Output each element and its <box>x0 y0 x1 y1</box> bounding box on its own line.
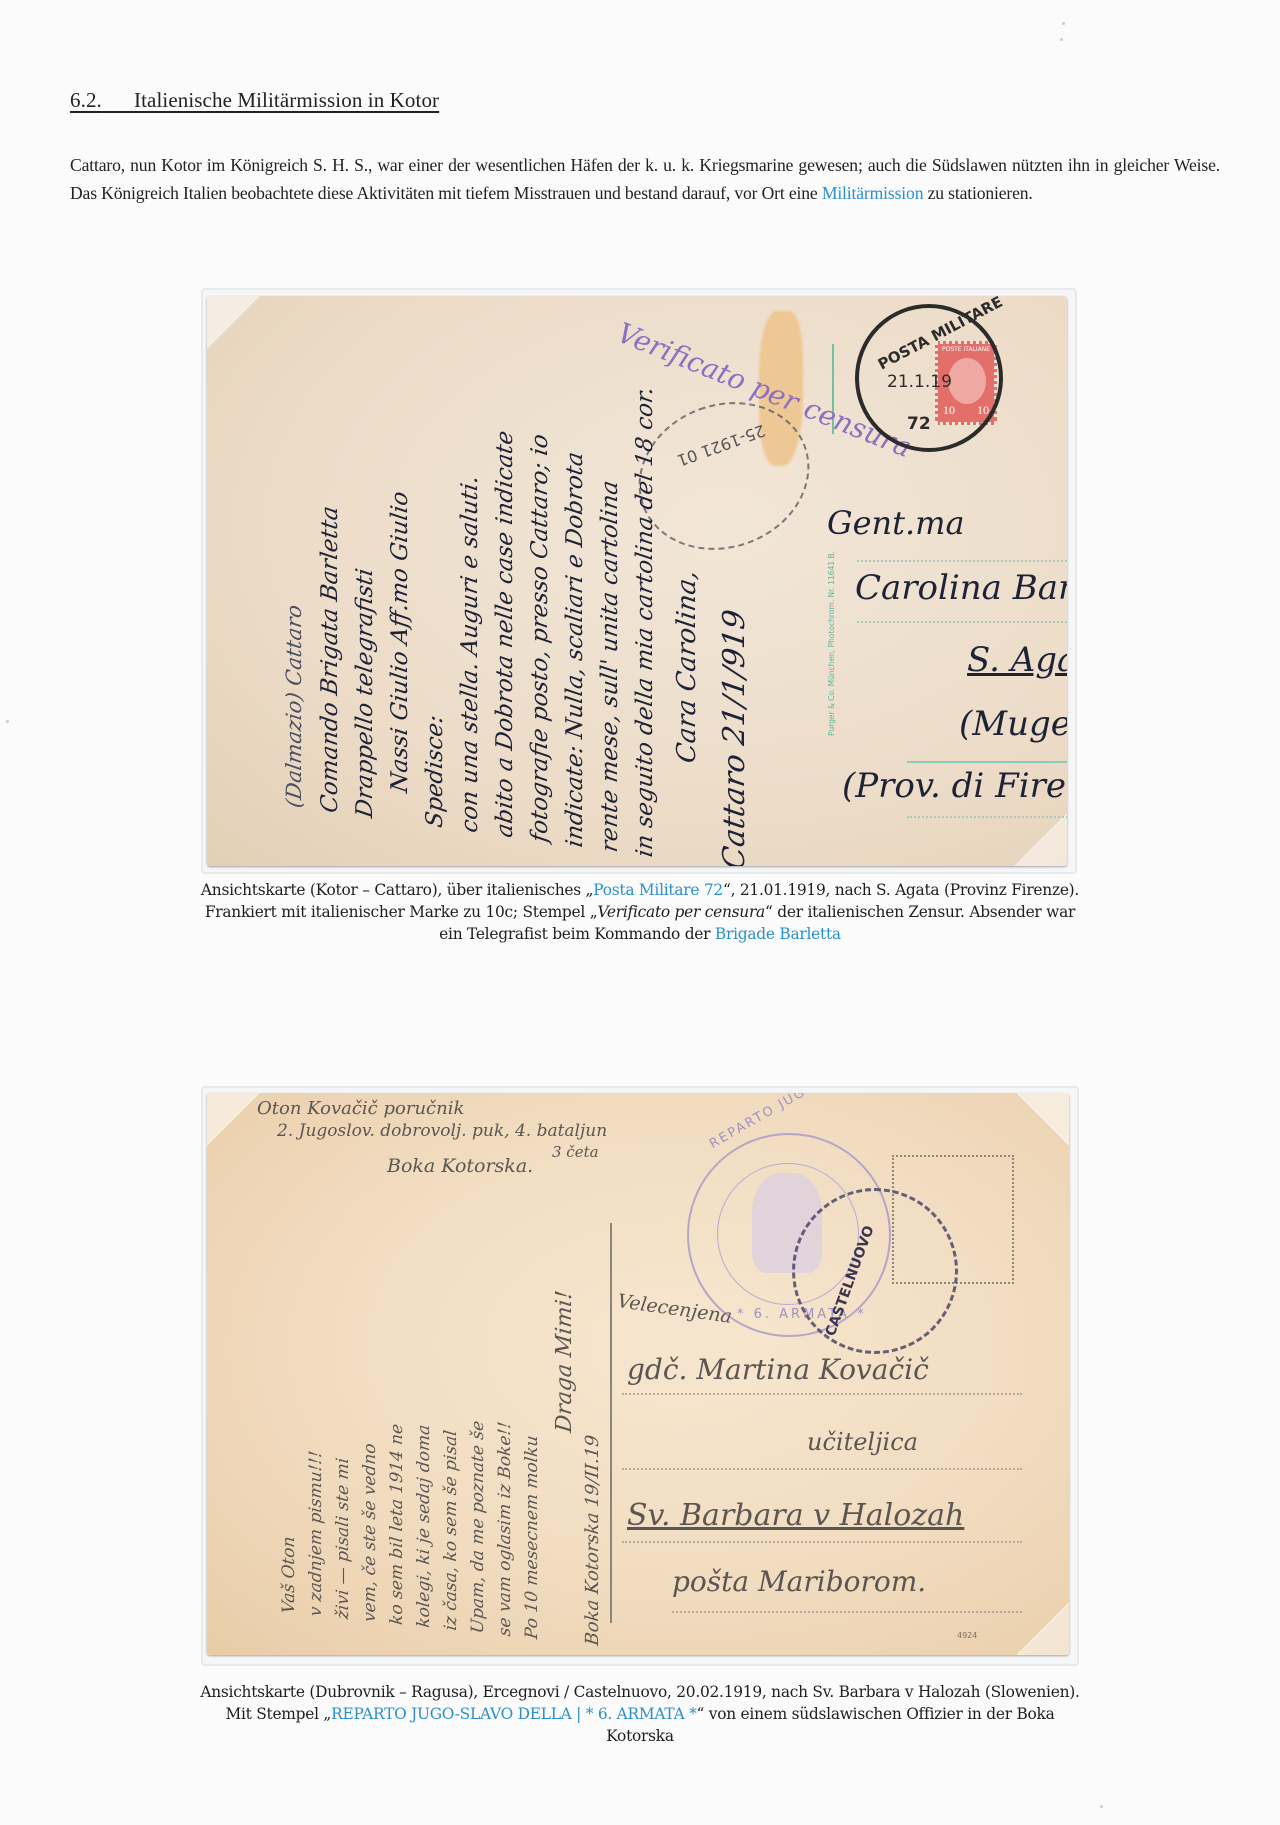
message-line: Boka Kotorska 19/II.19 <box>582 1434 603 1647</box>
message-line: Vaš Oton <box>279 1535 299 1614</box>
photo-corner <box>1015 814 1067 866</box>
message-line: Draga Mimi! <box>552 1289 577 1433</box>
message-line: ko sem bil leta 1914 ne <box>387 1423 407 1626</box>
address-line-3: učiteljica <box>807 1428 918 1456</box>
address-line <box>857 560 1067 562</box>
caption-postcard-2: Ansichtskarte (Dubrovnik – Ragusa), Erce… <box>200 1682 1080 1747</box>
castelnuovo-postmark <box>792 1188 958 1354</box>
message-line: se vam oglasim iz Boke!! <box>495 1421 515 1637</box>
message-line: in seguito della mia cartolina del 18 co… <box>632 385 658 858</box>
message-line: indicate: Nulla, scaliari e Dobrota <box>562 450 588 849</box>
address-line <box>622 1468 1022 1470</box>
sender-line: 3 četa <box>552 1143 599 1161</box>
address-line <box>907 816 1067 818</box>
handwritten-message: Boka Kotorska 19/II.19 Draga Mimi! Po 10… <box>237 1178 617 1655</box>
message-line: Nassi Giulio Aff.mo Giulio <box>387 490 413 794</box>
address-line <box>672 1611 1022 1613</box>
address-line-2: Carolina Bartolomi <box>855 568 1067 608</box>
postcard-kotor: Purger & Co. München, Photochrom. Nr. 11… <box>207 296 1067 866</box>
intro-text-end: zu stationieren. <box>923 183 1032 203</box>
message-line: Drappello telegrafisti <box>352 567 378 820</box>
message-line: fotografie posto, presso Cattaro; io <box>527 432 553 844</box>
photo-corner <box>207 1093 259 1145</box>
link-posta-militare-72[interactable]: Posta Militare 72 <box>593 881 723 899</box>
intro-paragraph: Cattaro, nun Kotor im Königreich S. H. S… <box>70 152 1220 207</box>
address-line-5: pošta Mariborom. <box>672 1565 926 1598</box>
link-militaermission[interactable]: Militärmission <box>822 183 924 203</box>
address-line <box>622 1541 1022 1543</box>
printer-imprint: Purger & Co. München, Photochrom. Nr. 11… <box>827 551 836 736</box>
address-line-4: Sv. Barbara v Halozah <box>627 1498 964 1533</box>
sender-line: 2. Jugoslov. dobrovolj. puk, 4. bataljun <box>277 1121 607 1141</box>
section-number: 6.2. <box>70 88 102 112</box>
message-line: Spedisce: <box>422 713 448 829</box>
message-line: abito a Dobrota nelle case indicate <box>492 429 518 839</box>
sender-line: Boka Kotorska. <box>387 1155 533 1177</box>
address-line-3: S. Agata <box>967 640 1067 680</box>
address-line <box>622 1393 1022 1395</box>
message-line: živi — pisali ste mi <box>333 1457 353 1620</box>
postmark-office: 72 <box>907 414 931 434</box>
message-line: con una stella. Auguri e saluti. <box>457 474 483 834</box>
card-number: 4924 <box>957 1631 977 1640</box>
intro-text: Cattaro, nun Kotor im Königreich S. H. S… <box>70 155 1220 203</box>
address-line-1: Gent.ma <box>827 504 965 542</box>
address-line-5: (Prov. di Firenze) <box>842 766 1067 806</box>
postmark-date: 21.1.19 <box>887 372 952 392</box>
message-line: rente mese, sull' unita cartolina <box>597 479 623 854</box>
photo-corner <box>1017 1603 1069 1655</box>
message-line: kolegi, ki je sedaj doma <box>414 1424 434 1629</box>
message-line: Cattaro 21/1/919 <box>717 608 752 866</box>
scan-dust <box>1100 1805 1103 1808</box>
handwritten-message: Cattaro 21/1/919 Cara Carolina, in segui… <box>247 311 767 866</box>
section-title: Italienische Militärmission in Kotor <box>134 88 439 112</box>
photo-corner <box>1017 1093 1069 1145</box>
address-line-2: gdč. Martina Kovačič <box>627 1353 929 1386</box>
link-brigade-barletta[interactable]: Brigade Barletta <box>715 925 841 943</box>
message-line: Upam, da me poznate še <box>468 1420 488 1635</box>
message-line: (Dalmazio) Cattaro <box>282 603 306 809</box>
heading-gap <box>102 88 134 112</box>
message-line: vem, če ste še vedno <box>360 1442 380 1623</box>
sender-line: Oton Kovačič poručnik <box>257 1098 464 1119</box>
address-line-4: (Mugello) <box>959 704 1067 744</box>
message-line: Comando Brigata Barletta <box>317 504 343 814</box>
postcard-dubrovnik: REPARTO JUGO-SLAVO DELLA * 6. ARMATA * C… <box>207 1093 1069 1655</box>
message-line: Cara Carolina, <box>672 569 702 765</box>
caption-italic: Verificato per censura <box>597 903 765 921</box>
address-line <box>857 621 1067 623</box>
message-line: iz časa, ko sem še pisal <box>441 1429 461 1631</box>
caption-postcard-1: Ansichtskarte (Kotor – Cattaro), über it… <box>200 880 1080 945</box>
address-line <box>907 761 1067 763</box>
link-reparto-jugo-slavo[interactable]: REPARTO JUGO-SLAVO DELLA | * 6. ARMATA * <box>331 1705 696 1723</box>
caption-text: Ansichtskarte (Kotor – Cattaro), über it… <box>201 881 593 899</box>
scan-dust <box>1060 38 1063 41</box>
scan-dust <box>6 720 9 723</box>
message-line: v zadnjem pismu!!! <box>306 1450 326 1618</box>
section-heading: 6.2. Italienische Militärmission in Koto… <box>70 88 439 113</box>
scan-dust <box>1062 22 1065 25</box>
message-line: Po 10 mesecnem molku <box>522 1434 542 1640</box>
